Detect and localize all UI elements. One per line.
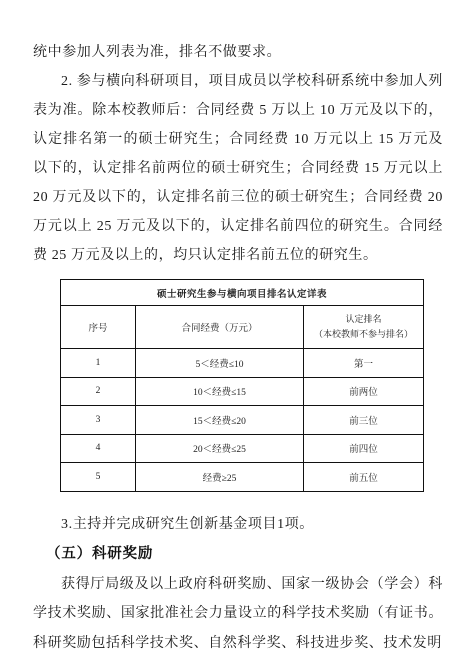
row-index-cell: 5 <box>61 463 136 492</box>
header-rank-line2: （本校教师不参与排名） <box>304 327 423 342</box>
rank-table-container: 硕士研究生参与横向项目排名认定详表 序号 合同经费（万元） 认定排名 （本校教师… <box>60 279 423 492</box>
row-index-cell: 1 <box>61 349 136 378</box>
row-index-cell: 2 <box>61 377 136 406</box>
funding-range-cell: 5＜经费≤10 <box>136 349 304 378</box>
table-row: 5 经费≥25 前五位 <box>61 463 424 492</box>
rank-cell: 第一 <box>304 349 424 378</box>
rank-cell: 前三位 <box>304 406 424 435</box>
header-rank-line1: 认定排名 <box>304 312 423 327</box>
rank-table: 硕士研究生参与横向项目排名认定详表 序号 合同经费（万元） 认定排名 （本校教师… <box>60 279 424 492</box>
document-body: 统中参加人列表为准，排名不做要求。 2. 参与横向科研项目，项目成员以学校科研系… <box>0 0 473 658</box>
paragraph-item2: 2. 参与横向科研项目，项目成员以学校科研系统中参加人列表为准。除本校教师后：合… <box>33 67 443 270</box>
table-row: 1 5＜经费≤10 第一 <box>61 349 424 378</box>
table-row: 3 15＜经费≤20 前三位 <box>61 406 424 435</box>
table-header-row: 序号 合同经费（万元） 认定排名 （本校教师不参与排名） <box>61 306 424 349</box>
rank-cell: 前两位 <box>304 377 424 406</box>
funding-range-cell: 15＜经费≤20 <box>136 406 304 435</box>
section-heading: （五）科研奖励 <box>33 540 443 569</box>
funding-range-cell: 经费≥25 <box>136 463 304 492</box>
header-rank: 认定排名 （本校教师不参与排名） <box>304 306 424 349</box>
funding-range-cell: 10＜经费≤15 <box>136 377 304 406</box>
table-title: 硕士研究生参与横向项目排名认定详表 <box>61 280 424 306</box>
funding-range-cell: 20＜经费≤25 <box>136 434 304 463</box>
rank-cell: 前四位 <box>304 434 424 463</box>
paragraph-section5: 获得厅局级及以上政府科研奖励、国家一级协会（学会）科学技术奖励、国家批准社会力量… <box>33 570 443 659</box>
header-index: 序号 <box>61 306 136 349</box>
row-index-cell: 3 <box>61 406 136 435</box>
row-index-cell: 4 <box>61 434 136 463</box>
table-row: 4 20＜经费≤25 前四位 <box>61 434 424 463</box>
header-funding: 合同经费（万元） <box>136 306 304 349</box>
table-title-row: 硕士研究生参与横向项目排名认定详表 <box>61 280 424 306</box>
paragraph-item3: 3.主持并完成研究生创新基金项目1项。 <box>33 510 443 539</box>
paragraph-continuation: 统中参加人列表为准，排名不做要求。 <box>33 38 443 67</box>
table-row: 2 10＜经费≤15 前两位 <box>61 377 424 406</box>
document-page: 统中参加人列表为准，排名不做要求。 2. 参与横向科研项目，项目成员以学校科研系… <box>0 0 473 662</box>
rank-cell: 前五位 <box>304 463 424 492</box>
